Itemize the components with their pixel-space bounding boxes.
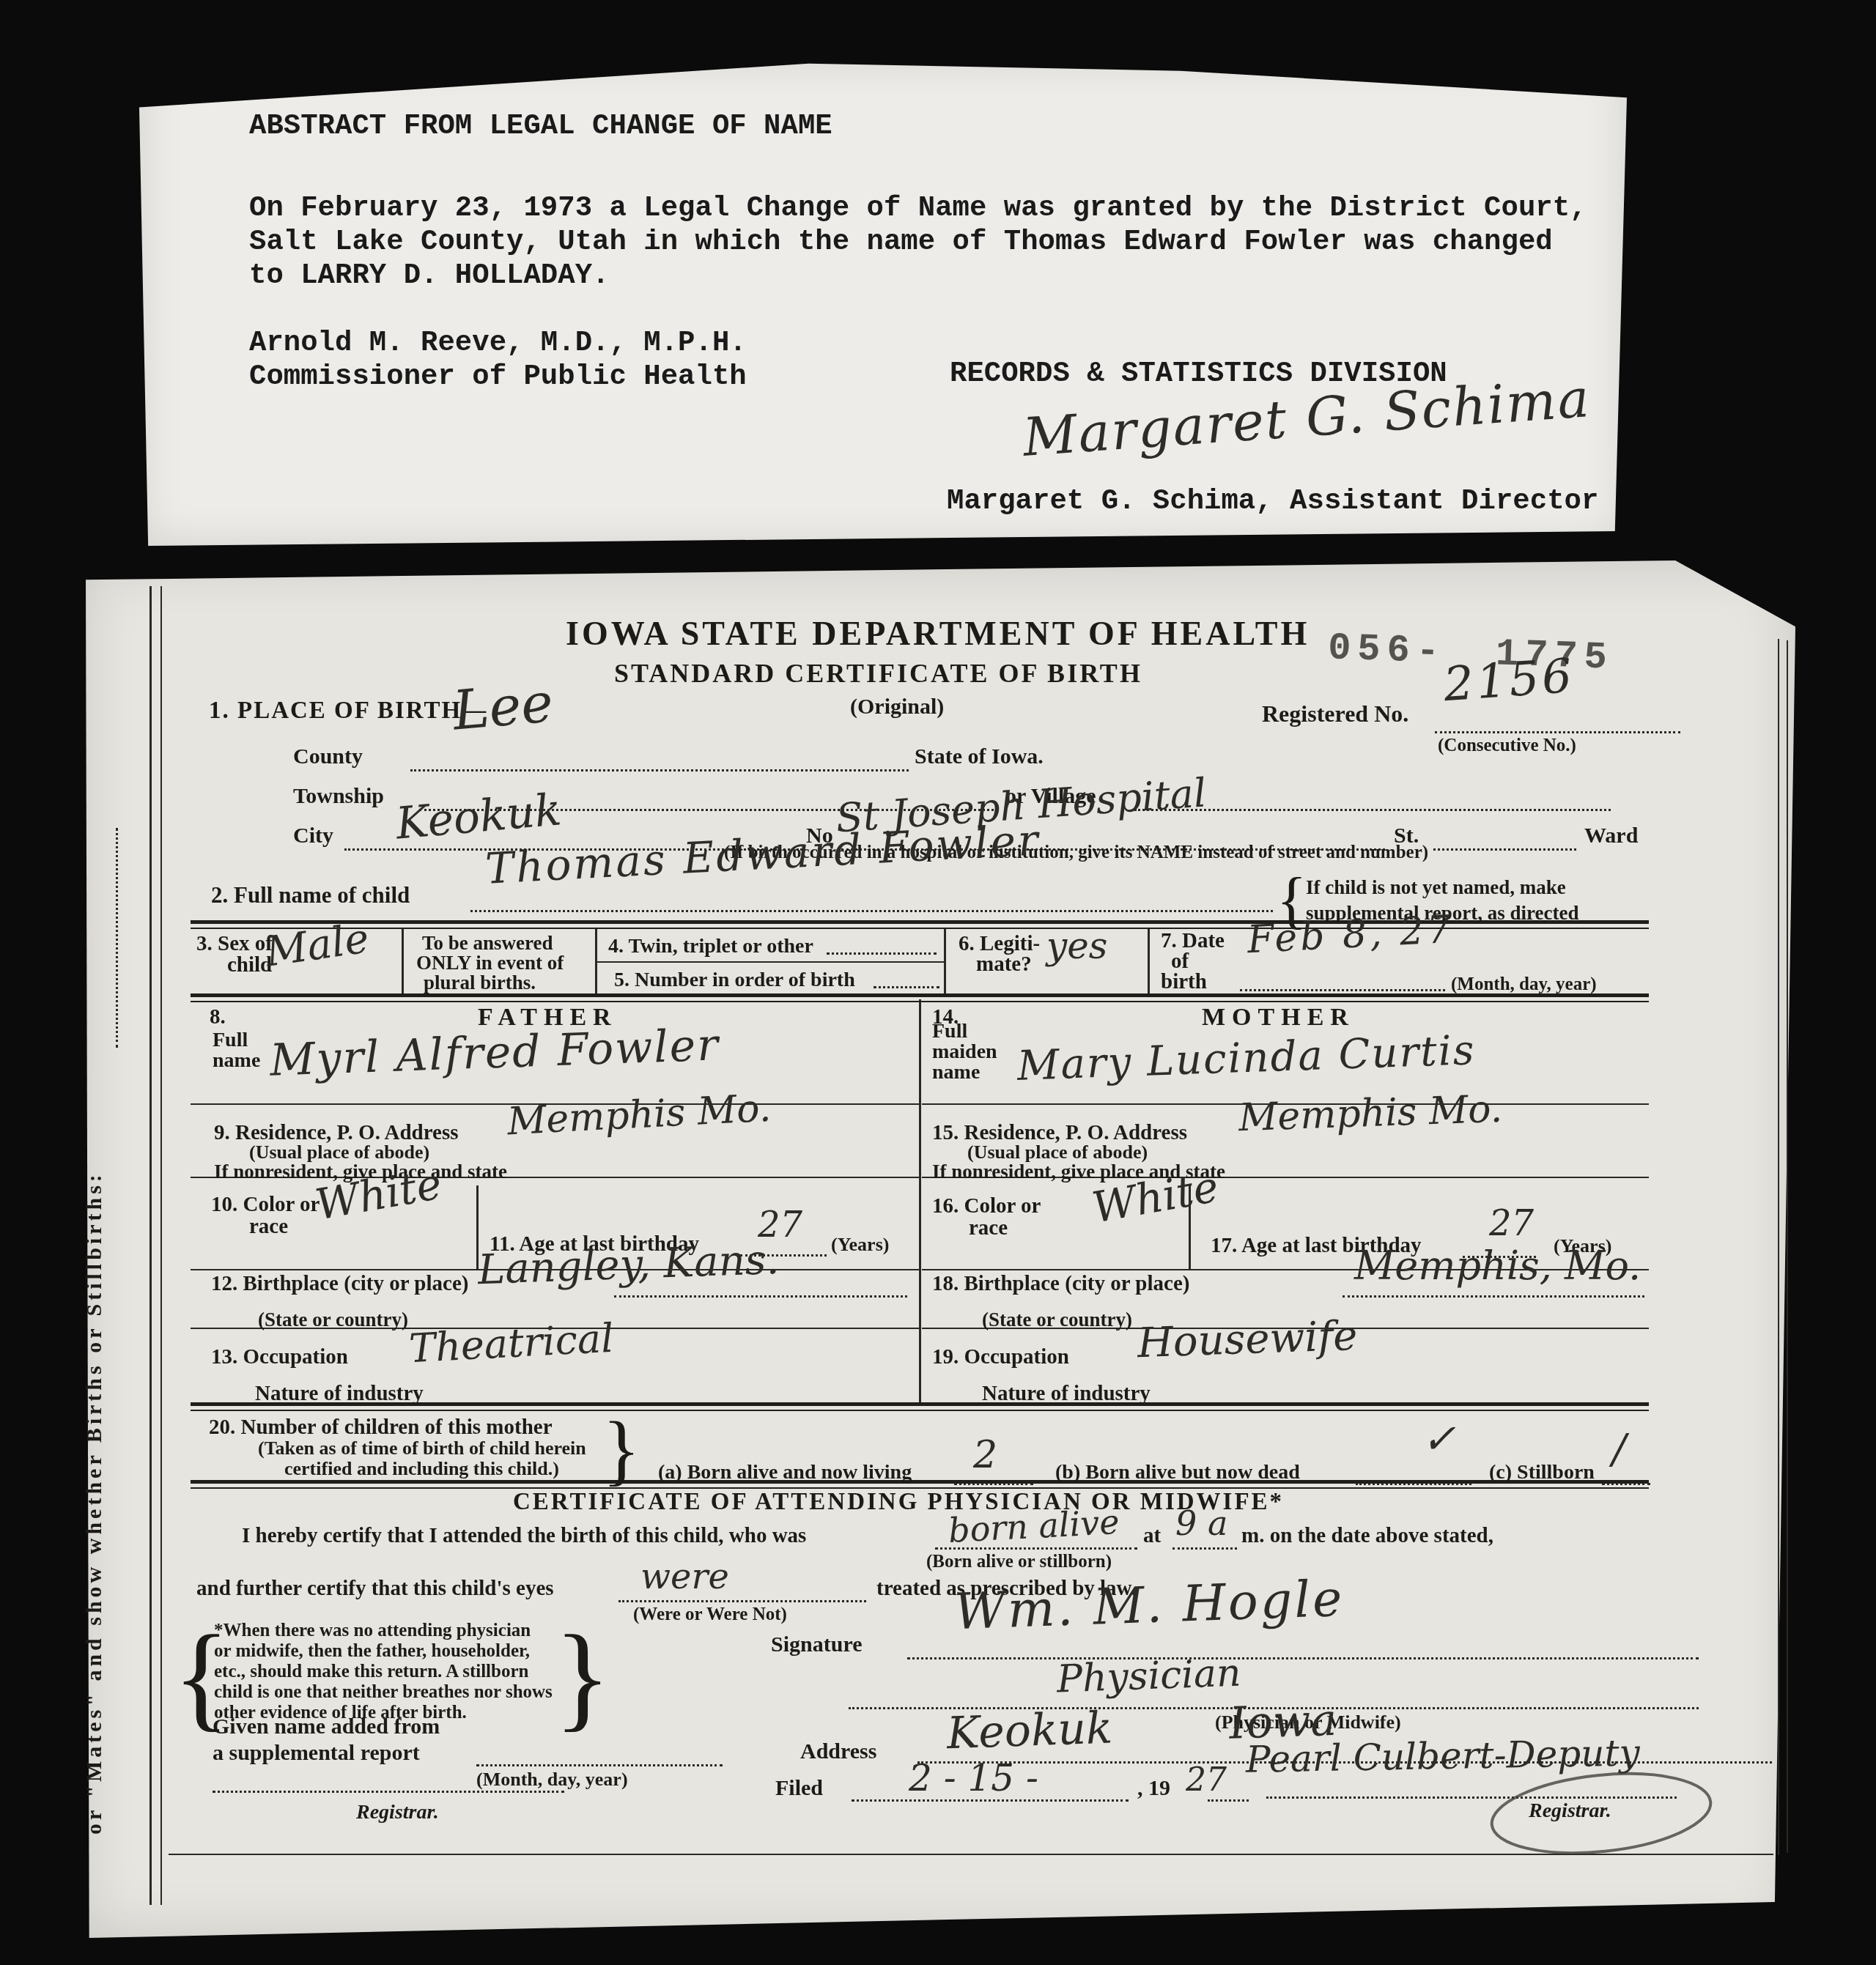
state-label: State of Iowa. [915,744,1044,769]
stillborn-label: (c) Stillborn [1489,1461,1595,1484]
filed-date-value: 2 - 15 - [909,1757,1038,1799]
father-birthplace-label: 12. Birthplace (city or place) [211,1272,468,1296]
dob-line [1240,989,1445,991]
physician-note-line: *When there was no attending physician [214,1621,531,1641]
street-line [1433,848,1576,851]
county-value: Lee [451,671,556,743]
mother-residence-value: Memphis Mo. [1238,1087,1503,1141]
born-living-value: 2 [973,1433,997,1477]
right-border-outer [1778,639,1779,1855]
certify-line2a: and further certify that this child's ey… [196,1577,554,1601]
registrar-left-label: Registrar. [356,1801,439,1824]
consecutive-no-caption: (Consecutive No.) [1438,736,1576,756]
child-name-label: 2. Full name of child [211,882,410,909]
certify-line1c: m. on the date above stated, [1241,1524,1493,1548]
birth-time-line [1172,1547,1237,1550]
center-divider [919,999,921,1404]
form-title: STANDARD CERTIFICATE OF BIRTH [614,658,1142,689]
note-brace-close: } [554,1609,611,1745]
registered-no-line [1435,731,1680,733]
department-title: IOWA STATE DEPARTMENT OF HEALTH [566,614,1310,653]
abstract-body-line: to LARRY D. HOLLADAY. [249,259,609,292]
given-name-line [476,1764,723,1766]
birth-order-label: 5. Number in order of birth [614,969,855,992]
born-dead-value: ✓ [1422,1416,1456,1463]
mother-age-value: 27 [1489,1203,1534,1244]
dob-caption: (Month, day, year) [1451,974,1597,995]
plural-note3: plural births. [424,972,536,994]
left-border-inner [160,586,162,1905]
row3-divider [402,929,404,993]
twin-label: 4. Twin, triplet or other [608,935,813,958]
ward-label: Ward [1584,824,1638,848]
filed-year-line [1208,1799,1249,1802]
physician-note-line: or midwife, then the father, householder… [214,1641,530,1662]
birth-time-value: 9 a [1175,1503,1227,1543]
certify-line1a: I hereby certify that I attended the bir… [242,1524,806,1548]
filed-line [852,1799,1129,1802]
mother-industry-label: Nature of industry [982,1382,1151,1406]
mother-heading: MOTHER [1202,1004,1355,1032]
child-note-line1: If child is not yet named, make [1306,876,1566,899]
father-occupation-label: 13. Occupation [211,1345,348,1369]
abstract-title: ABSTRACT FROM LEGAL CHANGE OF NAME [249,110,832,142]
scanned-document: ABSTRACT FROM LEGAL CHANGE OF NAME On Fe… [0,0,1876,1965]
mother-name-label3: name [932,1061,980,1084]
filed-year-prefix: , 19 [1137,1776,1170,1801]
physician-note-line: child is one that neither breathes nor s… [214,1682,553,1703]
children-label1: 20. Number of children of this mother [209,1416,553,1440]
place-of-birth-label: 1. PLACE OF BIRTH— [209,697,487,725]
filed-year-value: 27 [1186,1761,1227,1799]
county-label: County [293,744,363,769]
mother-race-label1: 16. Color or [932,1194,1041,1218]
eyes-treated-line [618,1600,866,1602]
born-alive-caption: (Born alive or stillborn) [926,1552,1112,1572]
physician-note-line: etc., should make this return. A stillbo… [214,1662,528,1682]
right-border-inner [1787,640,1788,1853]
eyes-treated-value: were [640,1556,729,1597]
official-name: Arnold M. Reeve, M.D., M.P.H. [249,327,747,359]
legitimate-value: yes [1046,925,1108,967]
father-birthplace-caption: (State or country) [258,1309,408,1331]
dob-label3: birth [1161,970,1207,994]
mother-birthplace-caption: (State or country) [982,1309,1132,1331]
legitimate-label2: mate? [976,952,1032,977]
row3-divider [944,929,946,993]
mother-occupation-value: Housewife [1137,1312,1358,1367]
mother-birthplace-line [1343,1295,1644,1298]
mother-birthplace-value: Memphis, Mo. [1354,1243,1641,1289]
county-line [410,769,909,771]
birth-order-line [874,986,939,988]
father-race-label1: 10. Color or [211,1193,320,1217]
father-age-caption: (Years) [831,1234,889,1256]
registered-no-value: 2156 [1442,649,1577,712]
born-dead-label: (b) Born alive but now dead [1055,1461,1300,1484]
father-birthplace-line [614,1295,907,1298]
twin-line [827,952,937,955]
twin-order-rule [595,961,944,963]
filed-label: Filed [775,1776,823,1801]
township-label: Township [293,784,384,809]
registered-no-label: Registered No. [1262,700,1408,728]
original-label: (Original) [850,695,944,719]
were-caption: (Were or Were Not) [633,1605,787,1625]
abstract-body-line: Salt Lake County, Utah in which the name… [249,226,1553,258]
children-label2: (Taken as of time of birth of child here… [258,1437,586,1459]
abstract-body-line: On February 23, 1973 a Legal Change of N… [249,192,1587,224]
father-industry-label: Nature of industry [255,1382,424,1406]
section-rule [191,1480,1649,1489]
row3-divider [1148,929,1150,993]
side-margin-leader [116,828,118,1048]
certify-line1b: at [1143,1524,1161,1548]
signature-label: Signature [771,1632,862,1657]
given-name-label2: a supplemental report [213,1741,420,1766]
children-label3: certified and including this child.) [284,1458,559,1480]
father-number: 8. [210,1005,226,1029]
sex-label2: child [227,953,272,977]
mother-birthplace-label: 18. Birthplace (city or place) [932,1272,1189,1296]
father-race-label2: race [249,1215,288,1239]
father-name-label2: name [213,1049,260,1073]
address-label: Address [800,1739,876,1764]
child-name-line [470,910,1273,912]
side-margin-note: or "Mates" and show whether Births or St… [82,1171,107,1835]
city-label: City [293,824,333,848]
mother-race-label2: race [969,1216,1008,1240]
signature-line [907,1657,1699,1659]
physician-title-value: Physician [1056,1651,1241,1702]
official-title: Commissioner of Public Health [249,360,747,393]
mother-occupation-label: 19. Occupation [932,1345,1069,1369]
left-border-outer [149,586,152,1905]
physician-heading: CERTIFICATE OF ATTENDING PHYSICIAN OR MI… [513,1489,1284,1516]
pen-circle-doodle [1480,1766,1722,1861]
given-name-caption: (Month, day, year) [476,1769,628,1791]
registrar-left-line [213,1791,564,1793]
given-name-label1: Given name added from [213,1714,440,1739]
children-brace: } [602,1405,640,1496]
stillborn-value: / [1612,1426,1626,1473]
born-living-label: (a) Born alive and now living [658,1461,912,1484]
signature-caption: Margaret G. Schima, Assistant Director [947,485,1598,517]
